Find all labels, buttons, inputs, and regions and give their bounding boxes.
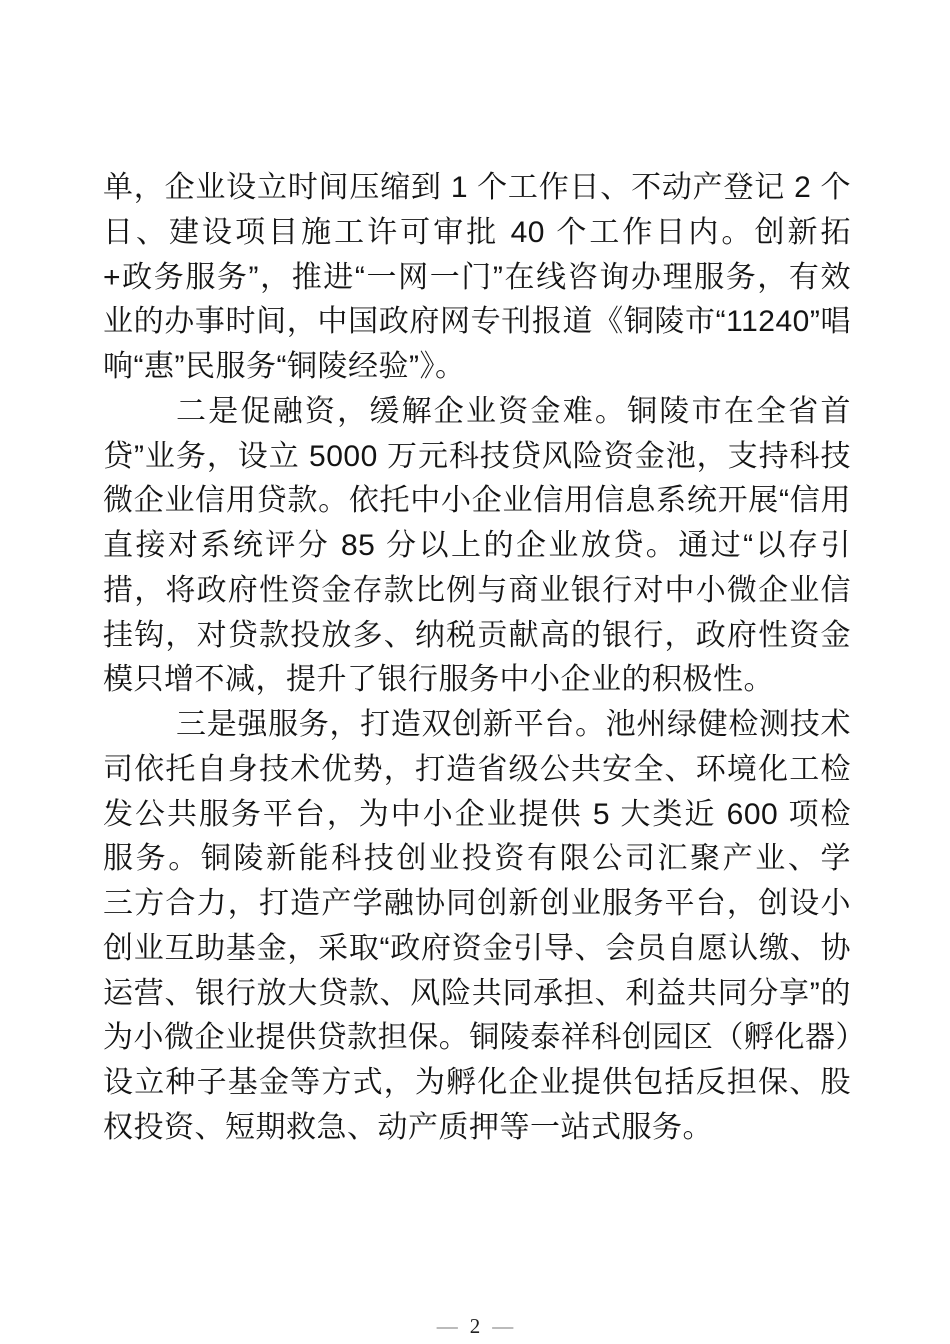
paragraph-3-line-6: 创业互助基金，采取“政府资金引导、会员自愿认缴、协会托管 <box>103 927 851 972</box>
paragraph-3-line-5: 三方合力，打造产学融协同创新创业服务平台，创设小微企业 <box>103 882 851 927</box>
paragraph-1-line-2: 日、建设项目施工许可审批 40 个工作日内。创新拓展“互联网 <box>103 211 851 256</box>
paragraph-1-line-5: 响“惠”民服务“铜陵经验”》。 <box>103 345 851 390</box>
page-number-right-dash: — <box>492 1316 513 1337</box>
document-body: 单，企业设立时间压缩到 1 个工作日、不动产登记 2 个工作日、建设项目施工许可… <box>103 166 851 1151</box>
paragraph-3-line-1: 三是强服务，打造双创新平台。池州绿健检测技术有限公 <box>103 703 851 748</box>
page-number: 2 <box>470 1316 481 1337</box>
page-number-left-dash: — <box>437 1316 458 1337</box>
paragraph-3-line-10: 权投资、短期救急、动产质押等一站式服务。 <box>103 1106 851 1151</box>
paragraph-2-line-1: 二是促融资，缓解企业资金难。铜陵市在全省首创“科技 <box>103 390 851 435</box>
paragraph-2-line-7: 模只增不减，提升了银行服务中小企业的积极性。 <box>103 658 851 703</box>
paragraph-2-line-2: 贷”业务，设立 5000 万元科技贷风险资金池，支持科技型中小 <box>103 435 851 480</box>
paragraph-2-line-6: 挂钩，对贷款投放多、纳税贡献高的银行，政府性资金存款规 <box>103 614 851 659</box>
paragraph-1-line-3: +政务服务”，推进“一网一门”在线咨询办理服务，有效缩短企 <box>103 256 851 301</box>
page-footer: — 2 — <box>0 1316 950 1337</box>
paragraph-3-line-2: 司依托自身技术优势，打造省级公共安全、环境化工检测及研 <box>103 748 851 793</box>
paragraph-1-line-1: 单，企业设立时间压缩到 1 个工作日、不动产登记 2 个工作 <box>103 166 851 211</box>
paragraph-3-line-9: 设立种子基金等方式，为孵化企业提供包括反担保、股权或债 <box>103 1061 851 1106</box>
paragraph-2-line-5: 措，将政府性资金存款比例与商业银行对中小微企业信贷规模 <box>103 569 851 614</box>
paragraph-3-line-8: 为小微企业提供贷款担保。铜陵泰祥科创园区（孵化器）通过 <box>103 1016 851 1061</box>
paragraph-3-line-7: 运营、银行放大贷款、风险共同承担、利益共同分享”的模式， <box>103 972 851 1017</box>
paragraph-2-line-4: 直接对系统评分 85 分以上的企业放贷。通过“以存引贷”举 <box>103 524 851 569</box>
paragraph-2-line-3: 微企业信用贷款。依托中小企业信用信息系统开展“信用贷”， <box>103 479 851 524</box>
document-page: 单，企业设立时间压缩到 1 个工作日、不动产登记 2 个工作日、建设项目施工许可… <box>0 0 950 1344</box>
paragraph-1-line-4: 业的办事时间，中国政府网专刊报道《铜陵市“11240”唱 <box>103 300 851 345</box>
paragraph-3-line-3: 发公共服务平台，为中小企业提供 5 大类近 600 项检测、咨询 <box>103 793 851 838</box>
paragraph-3-line-4: 服务。铜陵新能科技创业投资有限公司汇聚产业、学校、金融 <box>103 837 851 882</box>
